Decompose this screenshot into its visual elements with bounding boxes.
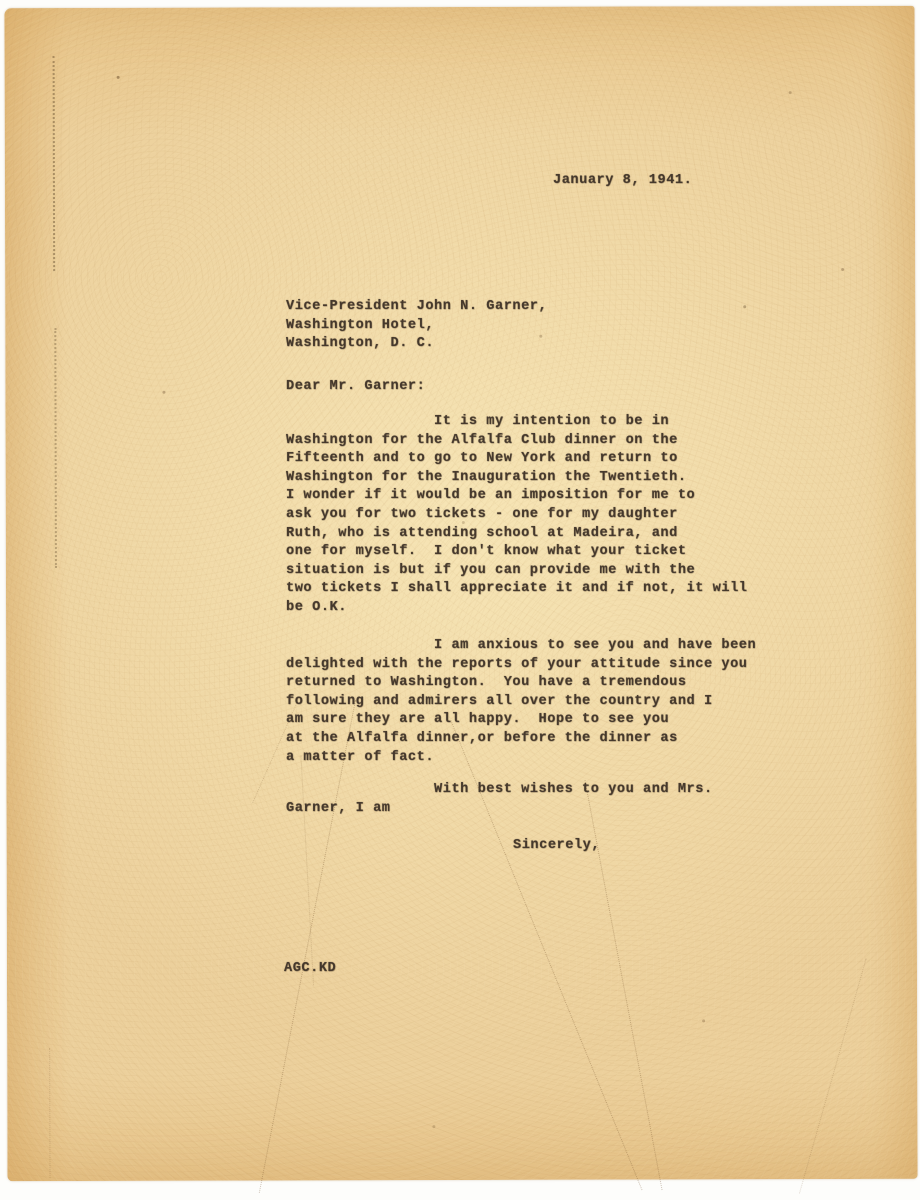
paper-speck: [117, 76, 120, 79]
letter-signoff: Sincerely,: [513, 837, 600, 856]
crease-line: [799, 959, 867, 1194]
letter-date: January 8, 1941.: [553, 172, 692, 191]
crease-line: [49, 1048, 50, 1178]
paper-speck: [743, 305, 746, 308]
paper-speck: [162, 391, 165, 394]
crease-line: [54, 328, 57, 568]
salutation: Dear Mr. Garner:: [286, 378, 425, 397]
paper-speck: [432, 1125, 435, 1128]
letter-closing: With best wishes to you and Mrs. Garner,…: [286, 781, 713, 818]
scanned-letter-page: January 8, 1941. Vice-President John N. …: [0, 0, 920, 1200]
crease-line: [259, 700, 356, 1193]
typist-initials: AGC.KD: [284, 960, 336, 979]
paper-speck: [841, 268, 844, 271]
paper-speck: [789, 91, 792, 94]
paper-speck: [702, 1019, 705, 1022]
recipient-address: Vice-President John N. Garner, Washingto…: [286, 298, 547, 354]
letter-paragraph-2: I am anxious to see you and have been de…: [286, 637, 756, 767]
crease-line: [53, 56, 56, 271]
letter-paragraph-1: It is my intention to be in Washington f…: [286, 413, 748, 618]
